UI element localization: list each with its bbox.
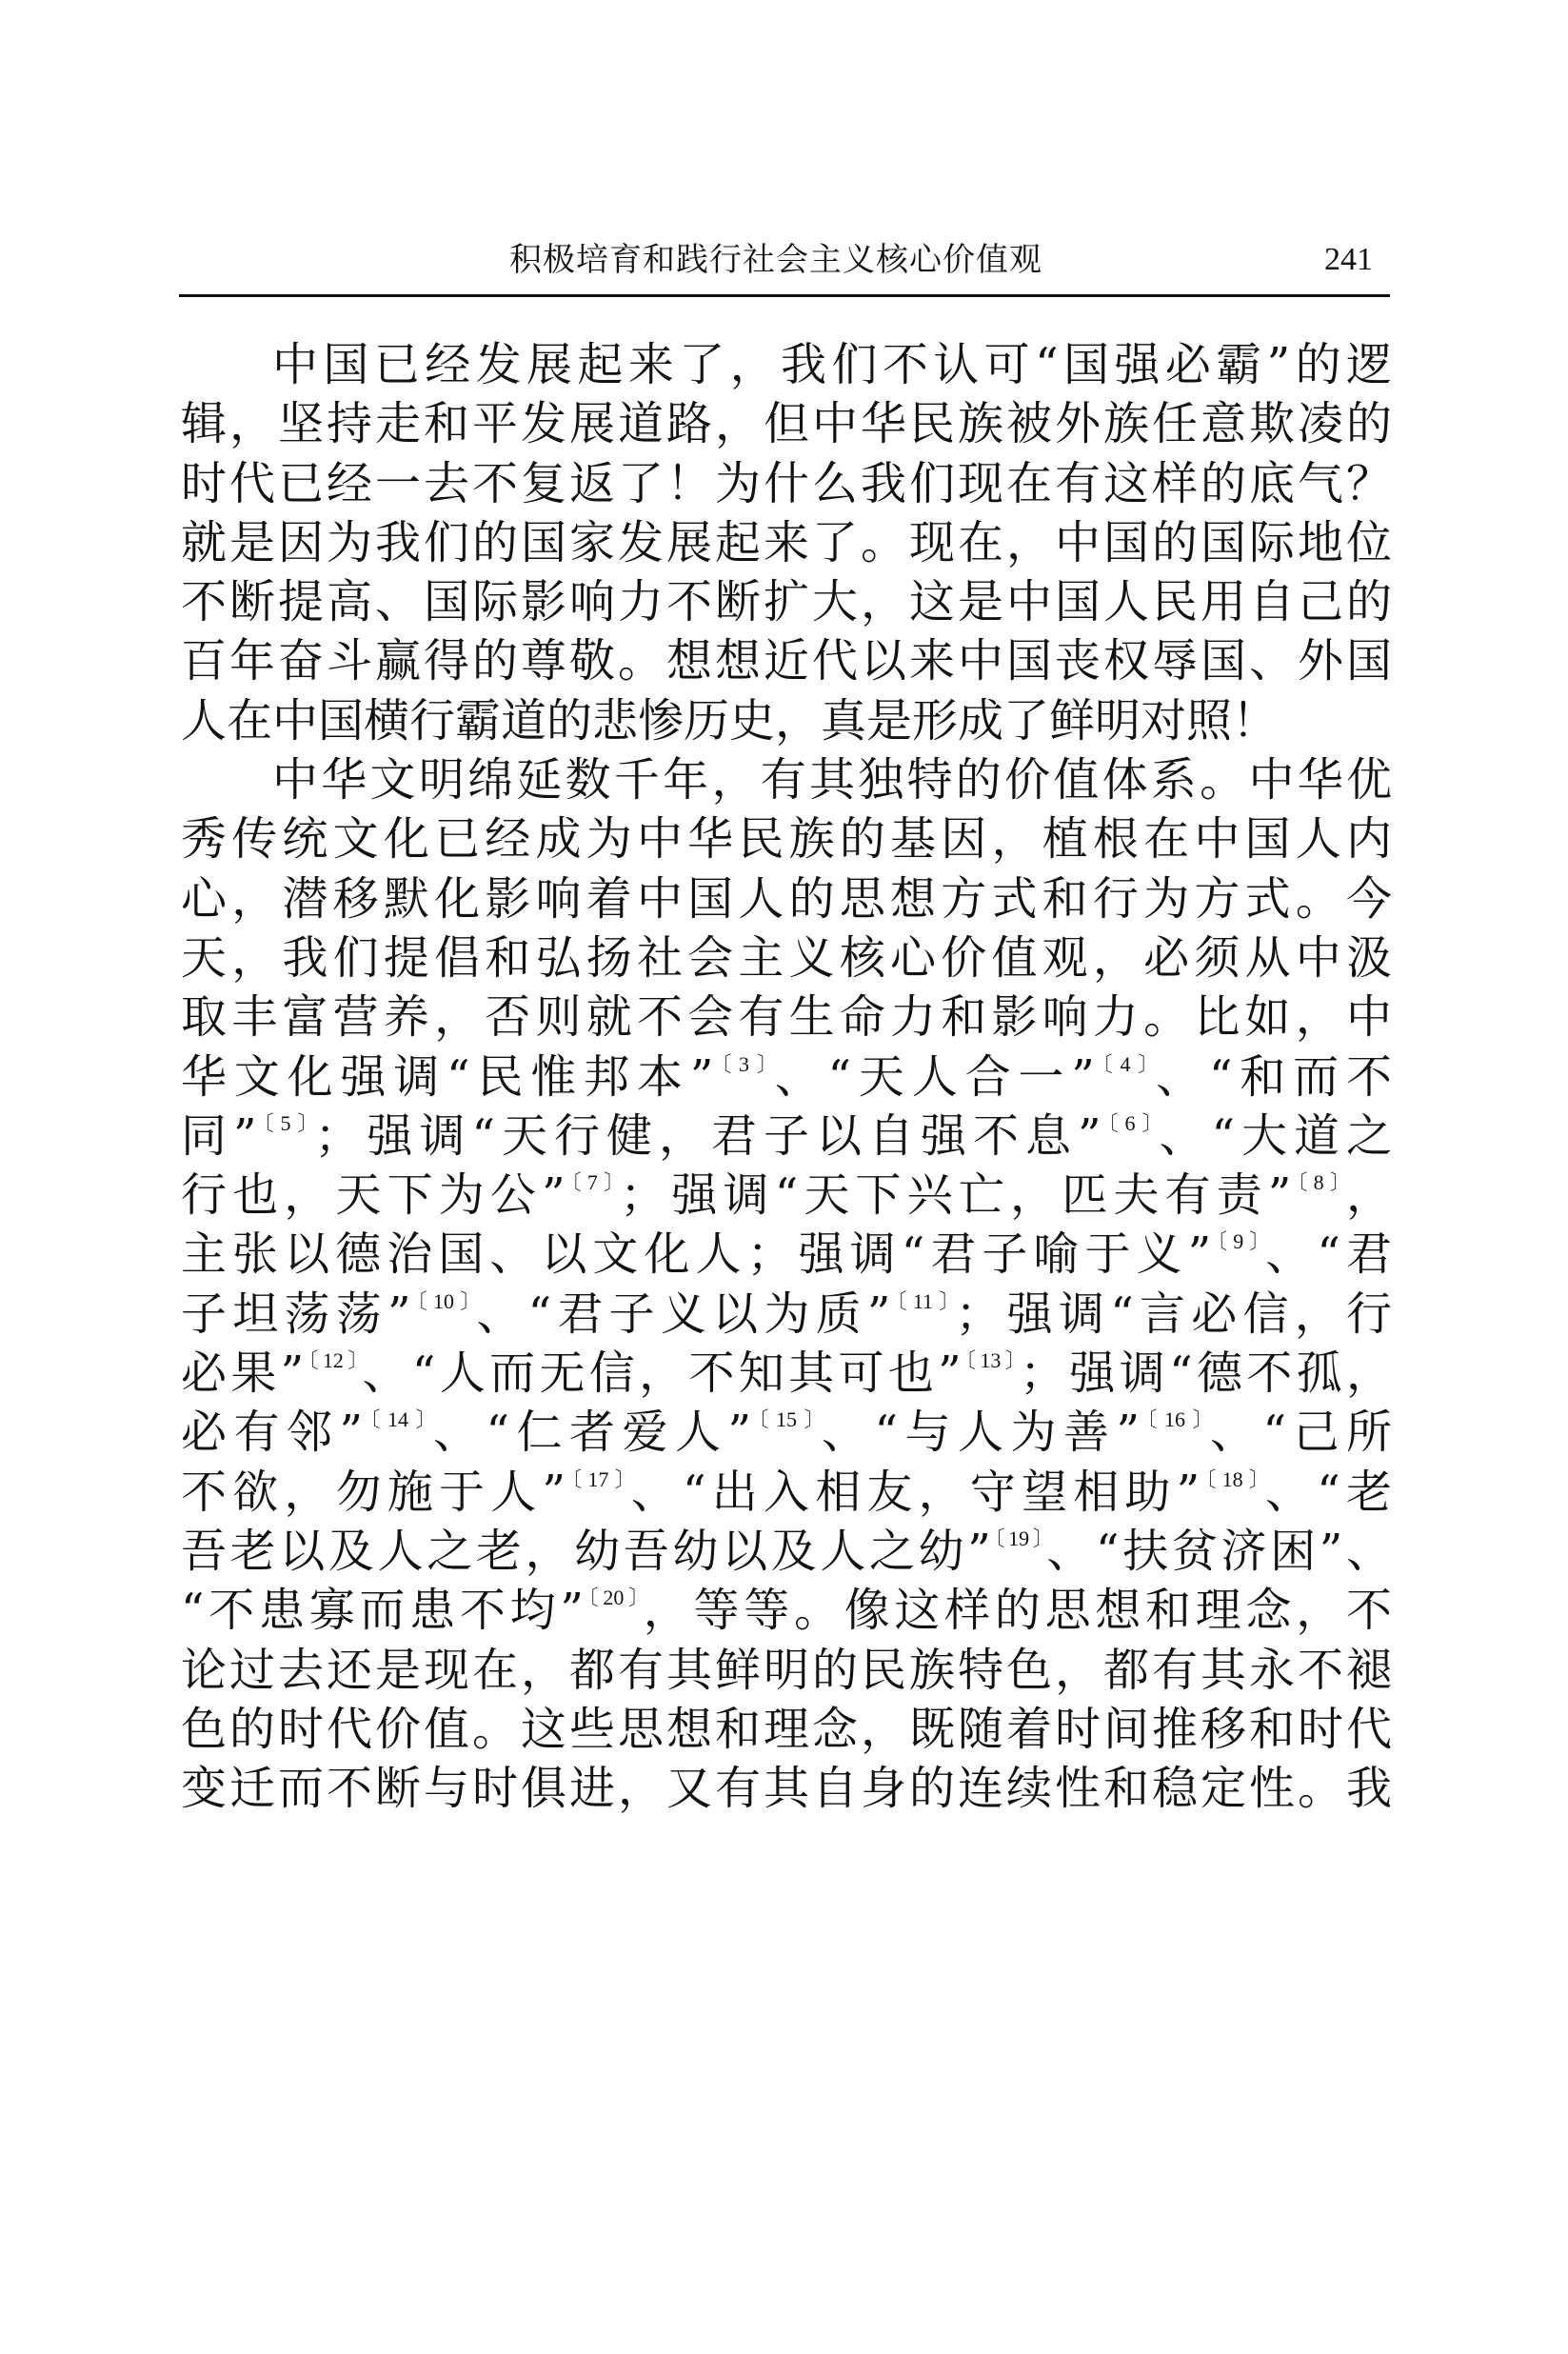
footnote-marker: 〔12〕 (304, 1348, 362, 1372)
text-line: 时代已经一去不复返了！为什么我们现在有这样的底气？ (181, 454, 1392, 513)
footnote-marker: 〔11〕 (890, 1289, 955, 1313)
footnote-marker: 〔10〕 (410, 1289, 476, 1313)
text-line: 不断提高、国际影响力不断扩大，这是中国人民用自己的 (181, 572, 1392, 631)
text-line: 百年奋斗赢得的尊敬。想想近代以来中国丧权辱国、外国 (181, 631, 1392, 690)
body-text: 中国已经发展起来了，我们不认可“国强必霸”的逻辑，坚持走和平发展道路，但中华民族… (181, 335, 1392, 1818)
paragraph: 中国已经发展起来了，我们不认可“国强必霸”的逻辑，坚持走和平发展道路，但中华民族… (181, 335, 1392, 750)
text-line: 就是因为我们的国家发展起来了。现在，中国的国际地位 (181, 513, 1392, 572)
text-line: 中国已经发展起来了，我们不认可“国强必霸”的逻 (181, 335, 1392, 394)
footnote-marker: 〔4〕 (1095, 1052, 1156, 1076)
footnote-marker: 〔9〕 (1211, 1229, 1265, 1253)
running-title: 积极培育和践行社会主义核心价值观 (181, 236, 1333, 284)
footnote-marker: 〔7〕 (566, 1170, 621, 1194)
text-line: 行也，天下为公”〔7〕；强调“天下兴亡，匹夫有责”〔8〕， (181, 1166, 1392, 1225)
text-line: 天，我们提倡和弘扬社会主义核心价值观，必须从中汲 (181, 928, 1392, 987)
footnote-marker: 〔17〕 (566, 1467, 631, 1491)
footnote-marker: 〔6〕 (1102, 1111, 1160, 1135)
footnote-marker: 〔19〕 (991, 1526, 1047, 1550)
footnote-marker: 〔8〕 (1291, 1170, 1346, 1194)
text-line: 论过去还是现在，都有其鲜明的民族特色，都有其永不褪 (181, 1641, 1392, 1700)
text-line: 变迁而不断与时俱进，又有其自身的连续性和稳定性。我 (181, 1759, 1392, 1818)
text-line: 辑，坚持走和平发展道路，但中华民族被外族任意欺凌的 (181, 394, 1392, 453)
footnote-marker: 〔13〕 (962, 1348, 1020, 1372)
running-header: 积极培育和践行社会主义核心价值观 241 (181, 236, 1390, 284)
text-line: 取丰富营养，否则就不会有生命力和影响力。比如，中 (181, 987, 1392, 1047)
footnote-marker: 〔20〕 (584, 1586, 644, 1609)
header-rule (179, 294, 1390, 297)
text-line: 必有邻”〔14〕、“仁者爱人”〔15〕、“与人为善”〔16〕、“己所 (181, 1403, 1392, 1462)
page-number: 241 (1324, 236, 1373, 284)
text-line: 同”〔5〕；强调“天行健，君子以自强不息”〔6〕、“大道之 (181, 1107, 1392, 1166)
paragraph: 中华文明绵延数千年，有其独特的价值体系。中华优秀传统文化已经成为中华民族的基因，… (181, 750, 1392, 1818)
text-line: 心，潜移默化影响着中国人的思想方式和行为方式。今 (181, 869, 1392, 928)
text-line: 吾老以及人之老，幼吾幼以及人之幼”〔19〕、“扶贫济困”、 (181, 1522, 1392, 1581)
footnote-marker: 〔14〕 (363, 1407, 433, 1431)
text-line: 中华文明绵延数千年，有其独特的价值体系。中华优 (181, 750, 1392, 809)
text-line: 必果”〔12〕、“人而无信，不知其可也”〔13〕；强调“德不孤， (181, 1344, 1392, 1403)
text-line: 子坦荡荡”〔10〕、“君子义以为质”〔11〕；强调“言必信，行 (181, 1285, 1392, 1344)
text-line: 华文化强调“民惟邦本”〔3〕、“天人合一”〔4〕、“和而不 (181, 1047, 1392, 1107)
text-line: 色的时代价值。这些思想和理念，既随着时间推移和时代 (181, 1700, 1392, 1759)
footnote-marker: 〔16〕 (1140, 1407, 1210, 1431)
footnote-marker: 〔5〕 (257, 1111, 315, 1135)
text-line: 不欲，勿施于人”〔17〕、“出入相友，守望相助”〔18〕、“老 (181, 1463, 1392, 1522)
text-line: “不患寡而患不均”〔20〕，等等。像这样的思想和理念，不 (181, 1581, 1392, 1640)
footnote-marker: 〔18〕 (1200, 1467, 1265, 1491)
book-page: 积极培育和践行社会主义核心价值观 241 中国已经发展起来了，我们不认可“国强必… (0, 0, 1568, 2354)
text-line: 秀传统文化已经成为中华民族的基因，植根在中国人内 (181, 809, 1392, 868)
text-line: 人在中国横行霸道的悲惨历史，真是形成了鲜明对照！ (181, 691, 1392, 750)
footnote-marker: 〔3〕 (713, 1052, 774, 1076)
footnote-marker: 〔15〕 (751, 1407, 822, 1431)
text-line: 主张以德治国、以文化人；强调“君子喻于义”〔9〕、“君 (181, 1225, 1392, 1284)
